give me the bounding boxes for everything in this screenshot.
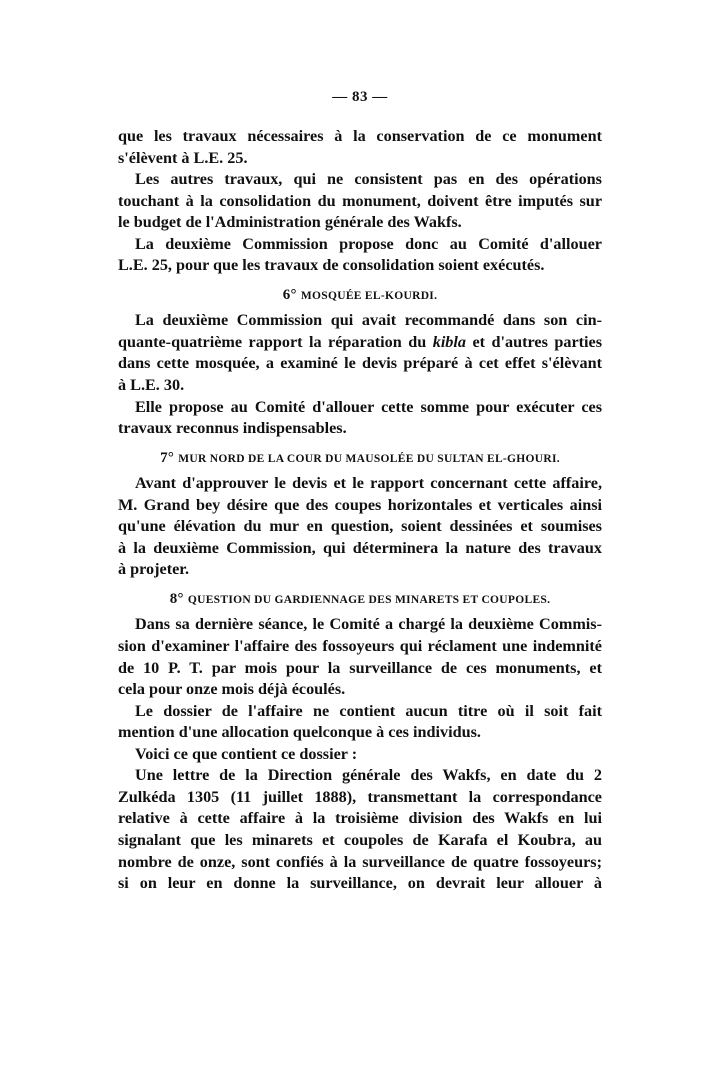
section-heading: 8° Question du gardiennage des minarets … — [118, 589, 602, 611]
page-body: que les travaux nécessaires à la conserv… — [118, 126, 602, 895]
paragraph: La deuxième Commission qui avait recomma… — [118, 310, 602, 396]
text-line: L.E. 25, pour que les travaux de consoli… — [118, 255, 602, 277]
text-line: relative à cette affaire à la troisième … — [118, 808, 602, 830]
paragraph: Elle propose au Comité d'allouer cette s… — [118, 397, 602, 440]
text-line: La deuxième Commission propose donc au C… — [118, 234, 602, 256]
paragraph: que les travaux nécessaires à la conserv… — [118, 126, 602, 169]
text-line: sion d'examiner l'affaire des fossoyeurs… — [118, 636, 602, 658]
section-number: 7° — [160, 450, 178, 466]
section-heading: 6° Mosquée El-Kourdi. — [118, 285, 602, 307]
text-line: que les travaux nécessaires à la conserv… — [118, 126, 602, 148]
text-line: cela pour onze mois déjà écoulés. — [118, 679, 602, 701]
paragraph: Les autres travaux, qui ne consistent pa… — [118, 169, 602, 234]
text-line: signalant que les minarets et coupoles d… — [118, 830, 602, 852]
text-line: Zulkéda 1305 (11 juillet 1888), transmet… — [118, 787, 602, 809]
text-line: à projeter. — [118, 559, 602, 581]
text-line: Une lettre de la Direction générale des … — [118, 765, 602, 787]
text-line: mention d'une allocation quelconque à ce… — [118, 722, 602, 744]
text-line: Les autres travaux, qui ne consistent pa… — [118, 169, 602, 191]
paragraph: Une lettre de la Direction générale des … — [118, 765, 602, 894]
text-line: quante-quatrième rapport la réparation d… — [118, 332, 602, 354]
text-line: M. Grand bey désire que des coupes horiz… — [118, 495, 602, 517]
section-heading: 7° Mur nord de la cour du mausolée du Su… — [118, 448, 602, 470]
page-number: — 83 — — [0, 89, 720, 106]
paragraph: Voici ce que contient ce dossier : — [118, 744, 602, 766]
section-title: Mur nord de la cour du mausolée du Sulta… — [178, 453, 560, 465]
text-line: dans cette mosquée, a examiné le devis p… — [118, 353, 602, 375]
text-line: s'élèvent à L.E. 25. — [118, 148, 602, 170]
text-line: Elle propose au Comité d'allouer cette s… — [118, 397, 602, 419]
text-line: nombre de onze, sont confiés à la survei… — [118, 852, 602, 874]
text-line: à L.E. 30. — [118, 375, 602, 397]
text-line: de 10 P. T. par mois pour la surveillanc… — [118, 658, 602, 680]
document-page: — 83 — que les travaux nécessaires à la … — [0, 0, 720, 1082]
text-line: le budget de l'Administration générale d… — [118, 212, 602, 234]
section-title: Mosquée El-Kourdi. — [301, 290, 437, 302]
paragraph: Le dossier de l'affaire ne contient aucu… — [118, 701, 602, 744]
text-line: si on leur en donne la surveillance, on … — [118, 873, 602, 895]
text-line: qu'une élévation du mur en question, soi… — [118, 516, 602, 538]
text-line: La deuxième Commission qui avait recomma… — [118, 310, 602, 332]
italic-term: kibla — [433, 333, 466, 351]
section-title: Question du gardiennage des minarets et … — [188, 594, 550, 606]
paragraph: La deuxième Commission propose donc au C… — [118, 234, 602, 277]
text-line: Dans sa dernière séance, le Comité a cha… — [118, 614, 602, 636]
section-number: 6° — [283, 287, 301, 303]
text-line: Avant d'approuver le devis et le rapport… — [118, 473, 602, 495]
text-line: Voici ce que contient ce dossier : — [118, 744, 602, 766]
text-line: travaux reconnus indispensables. — [118, 418, 602, 440]
text-line: Le dossier de l'affaire ne contient aucu… — [118, 701, 602, 723]
text-line: touchant à la consolidation du monument,… — [118, 191, 602, 213]
paragraph: Avant d'approuver le devis et le rapport… — [118, 473, 602, 581]
section-number: 8° — [170, 591, 188, 607]
text-line: à la deuxième Commission, qui déterminer… — [118, 538, 602, 560]
paragraph: Dans sa dernière séance, le Comité a cha… — [118, 614, 602, 700]
